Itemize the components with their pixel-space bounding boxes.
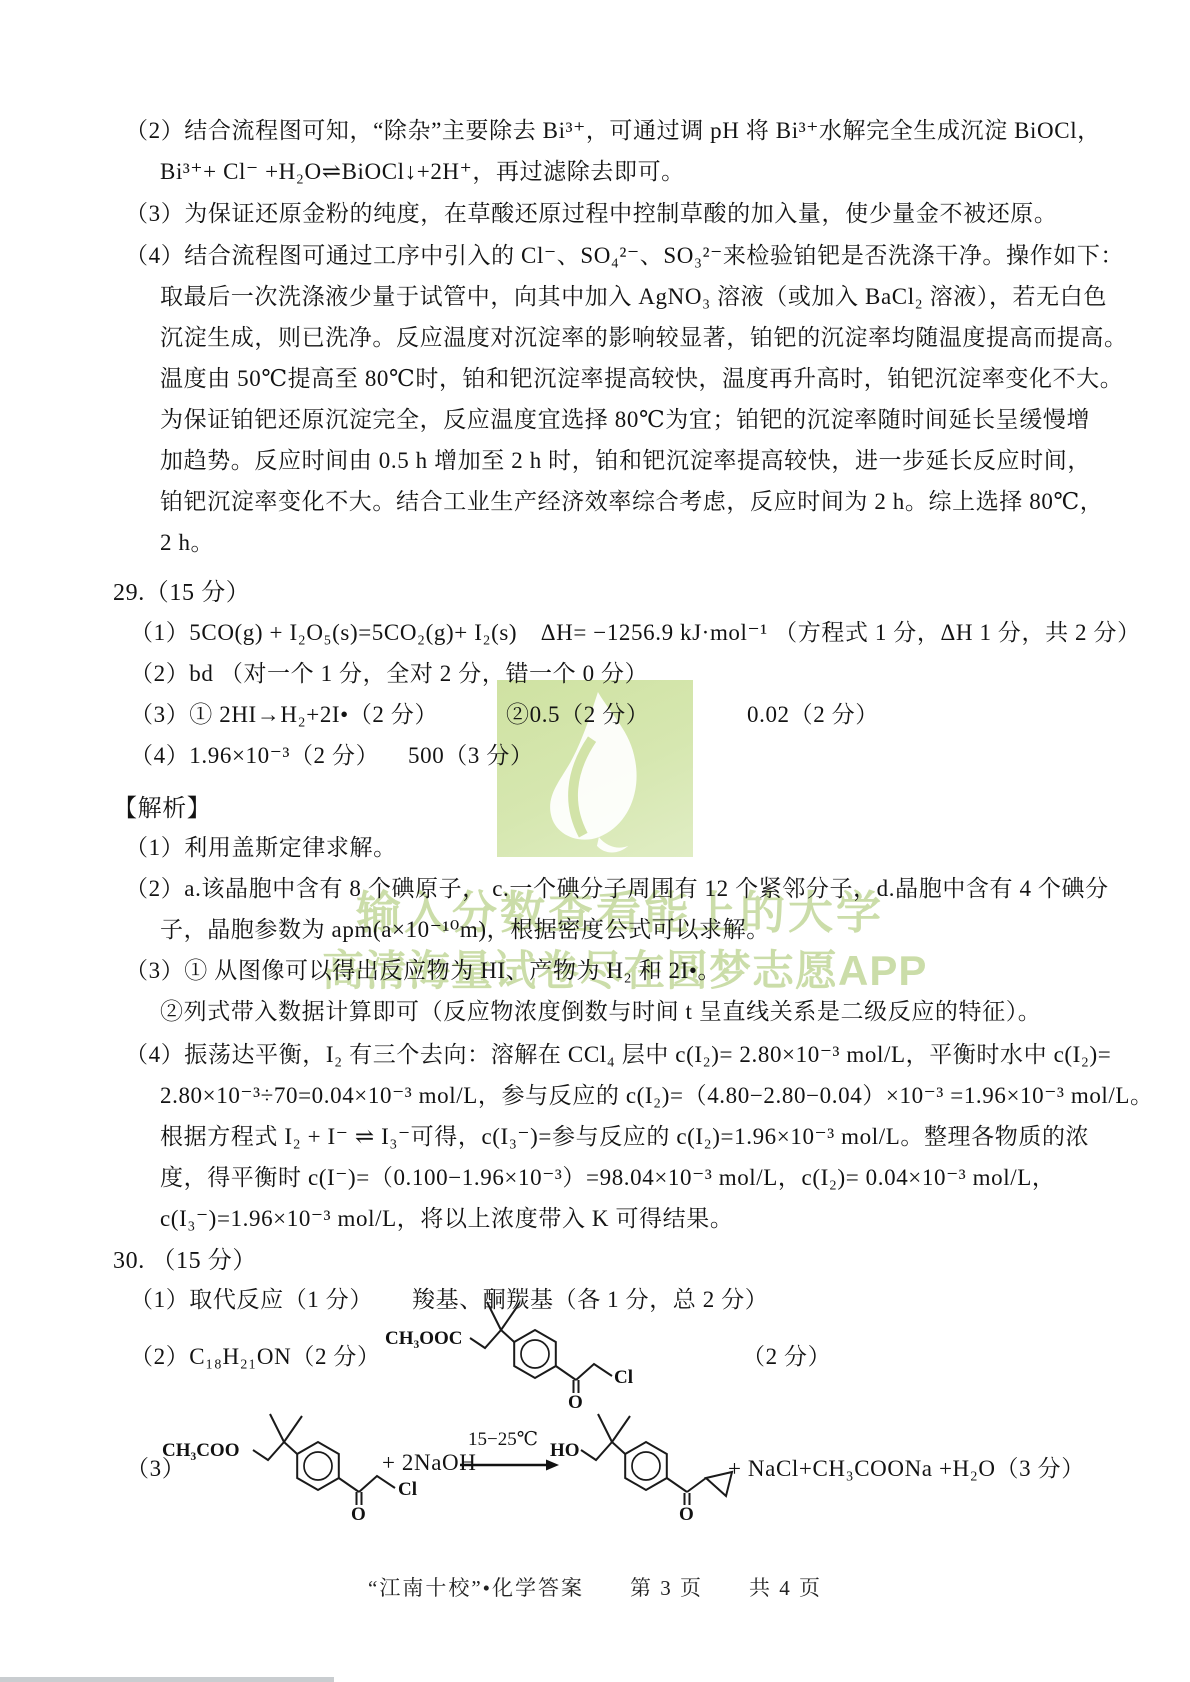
answer-28-2-line2: Bi³⁺+ Cl⁻ +H₂O⇌BiOCl↓+2H⁺，再过滤除去即可。 (160, 153, 685, 186)
analysis-4-line3: 根据方程式 I₂ + I⁻ ⇌ I₃⁻可得，c(I₃⁻)=参与反应的 c(I₂)… (160, 1118, 1089, 1151)
answer-29-4-part1: （4）1.96×10⁻³（2 分） (130, 737, 379, 770)
answer-30-2-formula: （2）C₁₈H₂₁ON（2 分） (130, 1338, 381, 1371)
answer-29-3-part2: ②0.5（2 分） (506, 696, 649, 729)
answer-30-3-products: + NaCl+CH₃COONa +H₂O（3 分） (728, 1450, 1085, 1483)
answer-28-2-line1: （2）结合流程图可知，“除杂”主要除去 Bi³⁺，可通过调 pH 将 Bi³⁺水… (125, 112, 1101, 145)
scan-edge-artifact (0, 1677, 334, 1682)
answer-28-4-line2: 取最后一次洗涤液少量于试管中，向其中加入 AgNO₃ 溶液（或加入 BaCl₂ … (160, 278, 1107, 311)
reaction-arrow-icon (460, 1458, 560, 1472)
analysis-4-line4: 度，得平衡时 c(I⁻)=（0.100−1.96×10⁻³）=98.04×10⁻… (160, 1159, 1055, 1192)
answer-29-2: （2）bd （对一个 1 分，全对 2 分，错一个 0 分） (130, 655, 648, 688)
chlorine-label: Cl (614, 1367, 633, 1388)
answer-29-3-part1: （3）① 2HI→H₂+2I•（2 分） (130, 696, 438, 729)
reaction-condition-label: 15−25℃ (468, 1428, 538, 1451)
answer-28-4-line6: 加趋势。反应时间由 0.5 h 增加至 2 h 时，铂和钯沉淀率提高较快，进一步… (160, 442, 1091, 475)
answer-28-4-line1: （4）结合流程图可通过工序中引入的 Cl⁻、SO₄²⁻、SO₃²⁻来检验铂钯是否… (125, 237, 1124, 270)
analysis-1: （1）利用盖斯定律求解。 (125, 829, 397, 862)
ester-group-label: CH₃OOC (385, 1328, 462, 1349)
analysis-2-line2: 子，晶胞参数为 apm(a×10⁻¹⁰m)，根据密度公式可以求解。 (160, 911, 770, 944)
answer-29-3-part3: 0.02（2 分） (747, 696, 879, 729)
answer-28-4-line4: 温度由 50℃提高至 80℃时，铂和钯沉淀率提高较快，温度再升高时，铂钯沉淀率变… (160, 360, 1123, 393)
chlorine-label: Cl (398, 1479, 417, 1500)
hydroxyl-group-label: HO (550, 1440, 580, 1461)
answer-30-1-part1: （1）取代反应（1 分） (130, 1281, 373, 1314)
carbonyl-oxygen-label: O (351, 1504, 366, 1522)
analysis-3-line1: （3）① 从图像可以得出反应物为 HI、产物为 H₂ 和 2I•。 (125, 952, 721, 985)
analysis-4-line1: （4）振荡达平衡，I₂ 有三个去向：溶解在 CCl₄ 层中 c(I₂)= 2.8… (125, 1036, 1111, 1069)
answer-28-4-line3: 沉淀生成，则已洗净。反应温度对沉淀率的影响较显著，铂钯的沉淀率均随温度提高而提高… (160, 319, 1128, 352)
analysis-4-line5: c(I₃⁻)=1.96×10⁻³ mol/L，将以上浓度带入 K 可得结果。 (160, 1200, 733, 1233)
carbonyl-oxygen-label: O (679, 1504, 694, 1522)
scanned-answer-page: 输入分数查看能上的大学 高清海量试卷尽在圆梦志愿APP （2）结合流程图可知，“… (0, 0, 1190, 1682)
analysis-2-line1: （2）a.该晶胞中含有 8 个碘原子， c.一个碘分子周围有 12 个紧邻分子，… (125, 870, 1109, 903)
analysis-heading: 【解析】 (113, 788, 211, 823)
answer-28-3: （3）为保证还原金粉的纯度，在草酸还原过程中控制草酸的加入量，使少量金不被还原。 (125, 195, 1058, 228)
answer-28-4-line5: 为保证铂钯还原沉淀完全，反应温度宜选择 80℃为宜；铂钯的沉淀率随时间延长呈缓慢… (160, 401, 1090, 434)
answer-29-4-part2: 500（3 分） (408, 737, 534, 770)
question-29-heading: 29.（15 分） (113, 572, 250, 607)
answer-29-1: （1）5CO(g) + I₂O₅(s)=5CO₂(g)+ I₂(s) ΔH= −… (130, 614, 1141, 647)
analysis-4-line2: 2.80×10⁻³÷70=0.04×10⁻³ mol/L，参与反应的 c(I₂)… (160, 1077, 1154, 1110)
analysis-3-line2: ②列式带入数据计算即可（反应物浓度倒数与时间 t 呈直线关系是二级反应的特征）。 (160, 993, 1041, 1026)
answer-28-4-line7: 铂钯沉淀率变化不大。结合工业生产经济效率综合考虑，反应时间为 2 h。综上选择 … (160, 483, 1103, 516)
answer-28-4-line8: 2 h。 (160, 524, 214, 557)
structure-30-2-chloroketone-ester: CH₃OOC O Cl (383, 1292, 653, 1410)
page-footer: “江南十校”•化学答案 第 3 页 共 4 页 (0, 1572, 1190, 1602)
acetate-group-label: CH₃COO (162, 1440, 239, 1461)
answer-30-2-score: （2 分） (742, 1338, 831, 1371)
question-30-heading: 30. （15 分） (113, 1240, 257, 1275)
